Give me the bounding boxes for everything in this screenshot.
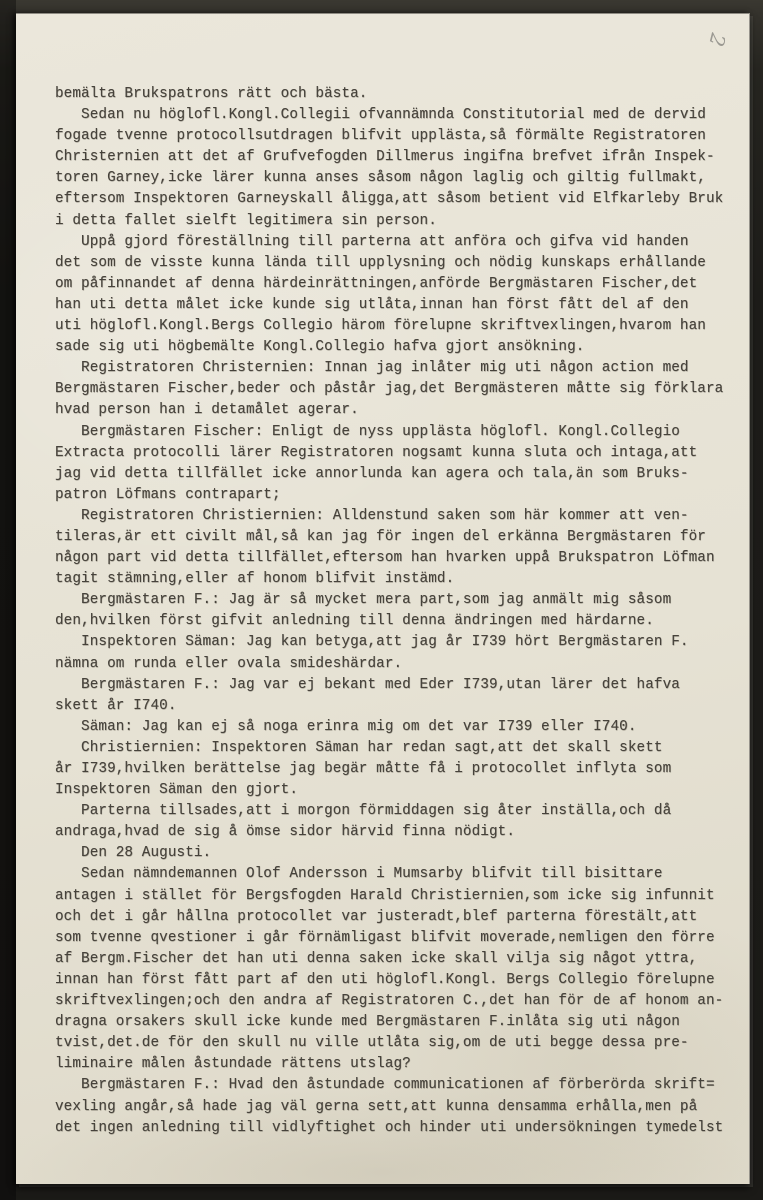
text-line: och det i går hållna protocollet var jus… [55,907,735,928]
text-line: patron Löfmans contrapart; [55,485,735,506]
text-line: toren Garney,icke lärer kunna anses såso… [55,168,735,189]
text-line: tagit stämning,eller af honom blifvit in… [55,569,735,590]
text-line: det ingen anledning till vidlyftighet oc… [55,1118,735,1139]
text-line: Bergmästaren Fischer: Enligt de nyss upp… [55,422,735,443]
text-line: sade sig uti högbemälte Kongl.Collegio h… [55,337,735,358]
text-line: Extracta protocolli lärer Registratoren … [55,443,735,464]
text-line: Bergmästaren F.: Jag var ej bekant med E… [55,675,735,696]
text-line: tileras,är ett civilt mål,så kan jag för… [55,527,735,548]
text-line: Inspektoren Säman: Jag kan betyga,att ja… [55,632,735,653]
text-line: Registratoren Christiernien: Alldenstund… [55,506,735,527]
scanner-mat-background: 2 bemälta Brukspatrons rätt och bästa. S… [0,0,763,1200]
text-line: han uti detta målet icke kunde sig utlåt… [55,295,735,316]
text-line: som tvenne qvestioner i går förnämligast… [55,928,735,949]
text-line: Bergmästaren F.: Jag är så mycket mera p… [55,590,735,611]
text-line: liminaire målen åstundade rättens utslag… [55,1054,735,1075]
text-line: om påfinnandet af denna härdeinrättninge… [55,274,735,295]
text-line: år I739,hvilken berättelse jag begär måt… [55,759,735,780]
text-line: skett år I740. [55,696,735,717]
text-line: uti höglofl.Kongl.Bergs Collegio härom f… [55,316,735,337]
text-line: andraga,hvad de sig å ömse sidor härvid … [55,822,735,843]
text-line: Den 28 Augusti. [55,843,735,864]
text-line: någon part vid detta tillfället,eftersom… [55,548,735,569]
text-line: eftersom Inspektoren Garneyskall åligga,… [55,189,735,210]
text-line: bemälta Brukspatrons rätt och bästa. [55,84,735,105]
text-line: innan han först fått part af den uti hög… [55,970,735,991]
document-text: bemälta Brukspatrons rätt och bästa. Sed… [55,84,735,1139]
text-line: nämna om runda eller ovala smideshärdar. [55,654,735,675]
text-line: dragna orsakers skull icke kunde med Ber… [55,1012,735,1033]
text-line: i detta fallet sielft legitimera sin per… [55,211,735,232]
text-line: det som de visste kunna lända till upply… [55,253,735,274]
text-line: tvist,det.de för den skull nu ville utlå… [55,1033,735,1054]
text-line: vexling angår,så hade jag väl gerna sett… [55,1097,735,1118]
text-line: Säman: Jag kan ej så noga erinra mig om … [55,717,735,738]
text-line: Uppå gjord föreställning till parterna a… [55,232,735,253]
text-line: Inspektoren Säman den gjort. [55,780,735,801]
text-line: Parterna tillsades,att i morgon förmidda… [55,801,735,822]
document-page: 2 bemälta Brukspatrons rätt och bästa. S… [16,13,750,1184]
text-line: Sedan nu höglofl.Kongl.Collegii ofvannäm… [55,105,735,126]
text-line: fogade tvenne protocollsutdragen blifvit… [55,126,735,147]
text-line: Christiernien: Inspektoren Säman har red… [55,738,735,759]
text-line: Sedan nämndemannen Olof Andersson i Mums… [55,864,735,885]
text-line: skriftvexlingen;och den andra af Registr… [55,991,735,1012]
text-line: af Bergm.Fischer det han uti denna saken… [55,949,735,970]
text-line: Bergmästaren Fischer,beder och påstår ja… [55,379,735,400]
text-line: den,hvilken först gifvit anledning till … [55,611,735,632]
text-line: Bergmästaren F.: Hvad den åstundade comm… [55,1075,735,1096]
archive-page-number: 2 [704,31,730,49]
text-line: hvad person han i detamålet agerar. [55,400,735,421]
text-line: Christernien att det af Grufvefogden Dil… [55,147,735,168]
text-line: Registratoren Christernien: Innan jag in… [55,358,735,379]
text-line: jag vid detta tillfället icke annorlunda… [55,464,735,485]
text-line: antagen i stället för Bergsfogden Harald… [55,886,735,907]
